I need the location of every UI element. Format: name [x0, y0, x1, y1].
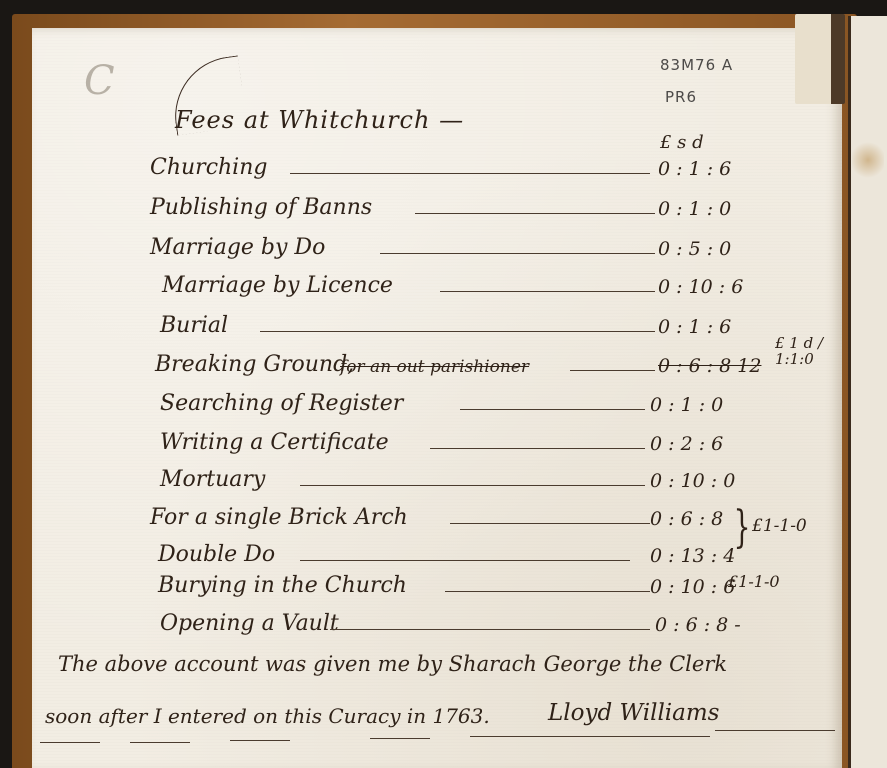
page-title: Fees at Whitchurch — [175, 106, 464, 134]
fee-item: Marriage by Do [150, 235, 325, 260]
fee-row: Double Do 0 : 13 : 4 [150, 537, 770, 569]
fee-row: Breaking Ground, for an out parishioner … [150, 347, 770, 379]
water-stain [852, 140, 884, 180]
fee-item: Opening a Vault [160, 611, 339, 636]
torn-page-tab [795, 14, 845, 104]
fee-amount: 0 : 5 : 0 [658, 238, 731, 260]
corner-pencil-letter: C [84, 58, 115, 104]
fee-amount: 0 : 10 : 6 [658, 276, 743, 298]
leader-line [430, 448, 645, 449]
fee-item: Writing a Certificate [160, 430, 389, 455]
margin-note: £ 1 d / 1:1:0 [775, 335, 835, 367]
fee-amount: 0 : 6 : 8 12 [658, 355, 761, 377]
fee-amount: 0 : 1 : 6 [658, 316, 731, 338]
underline [230, 740, 290, 741]
leader-line [445, 591, 650, 592]
archive-sub-reference: PR6 [665, 88, 697, 106]
signature-flourish [715, 730, 835, 731]
footer-line-2: soon after I entered on this Curacy in 1… [45, 704, 490, 728]
struck-note: for an out parishioner [340, 357, 529, 377]
leader-line [460, 409, 645, 410]
leader-line [290, 173, 650, 174]
fee-row: For a single Brick Arch 0 : 6 : 8 [150, 500, 770, 532]
leader-line [380, 253, 655, 254]
fee-item: Publishing of Banns [150, 195, 372, 220]
adjacent-page-edge [848, 16, 887, 768]
fee-amount: 0 : 1 : 0 [650, 394, 723, 416]
bracket-note: £1-1-0 [752, 516, 807, 536]
footer-line-1: The above account was given me by Sharac… [58, 652, 727, 676]
leader-line [450, 523, 650, 524]
fee-item: For a single Brick Arch [150, 505, 408, 530]
fee-amount: 0 : 6 : 8 - [655, 614, 741, 636]
fee-amount: 0 : 10 : 6 [650, 576, 735, 598]
bracket: } [734, 502, 751, 553]
fee-amount: 0 : 1 : 0 [658, 198, 731, 220]
fee-item: Double Do [158, 542, 275, 567]
fee-row: Mortuary 0 : 10 : 0 [150, 462, 770, 494]
fee-amount: 0 : 10 : 0 [650, 470, 735, 492]
fee-item: Burying in the Church [158, 573, 407, 598]
underline [370, 738, 430, 739]
leader-line [440, 291, 655, 292]
leader-line [260, 331, 655, 332]
fee-item: Searching of Register [160, 391, 403, 416]
leader-line [300, 485, 645, 486]
margin-note: £1-1-0 [728, 572, 780, 591]
fee-item: Marriage by Licence [162, 273, 393, 298]
fee-row: Burying in the Church 0 : 10 : 6 [150, 568, 770, 600]
fee-amount: 0 : 6 : 8 [650, 508, 723, 530]
fee-amount: 0 : 13 : 4 [650, 545, 735, 567]
fee-amount: 0 : 1 : 6 [658, 158, 731, 180]
fee-row: Burial 0 : 1 : 6 [150, 308, 770, 340]
fee-row: Churching 0 : 1 : 6 [150, 150, 770, 182]
fee-item: Burial [160, 313, 228, 338]
leader-line [570, 370, 655, 371]
underline [40, 742, 100, 743]
fee-row: Marriage by Licence 0 : 10 : 6 [150, 268, 770, 300]
fee-amount: 0 : 2 : 6 [650, 433, 723, 455]
fee-row: Searching of Register 0 : 1 : 0 [150, 386, 770, 418]
fee-item: Churching [150, 155, 267, 180]
leader-line [415, 213, 655, 214]
fee-item: Breaking Ground, [155, 352, 354, 377]
fee-row: Marriage by Do 0 : 5 : 0 [150, 230, 770, 262]
fee-row: Writing a Certificate 0 : 2 : 6 [150, 425, 770, 457]
fee-row: Publishing of Banns 0 : 1 : 0 [150, 190, 770, 222]
signature-underline [470, 736, 710, 737]
leader-line [330, 629, 650, 630]
signature: Lloyd Williams [548, 700, 720, 726]
leader-line [300, 560, 630, 561]
archive-reference: 83M76 A [660, 56, 733, 74]
fee-item: Mortuary [160, 467, 265, 492]
fee-row: Opening a Vault 0 : 6 : 8 - [150, 606, 770, 638]
underline [130, 742, 190, 743]
